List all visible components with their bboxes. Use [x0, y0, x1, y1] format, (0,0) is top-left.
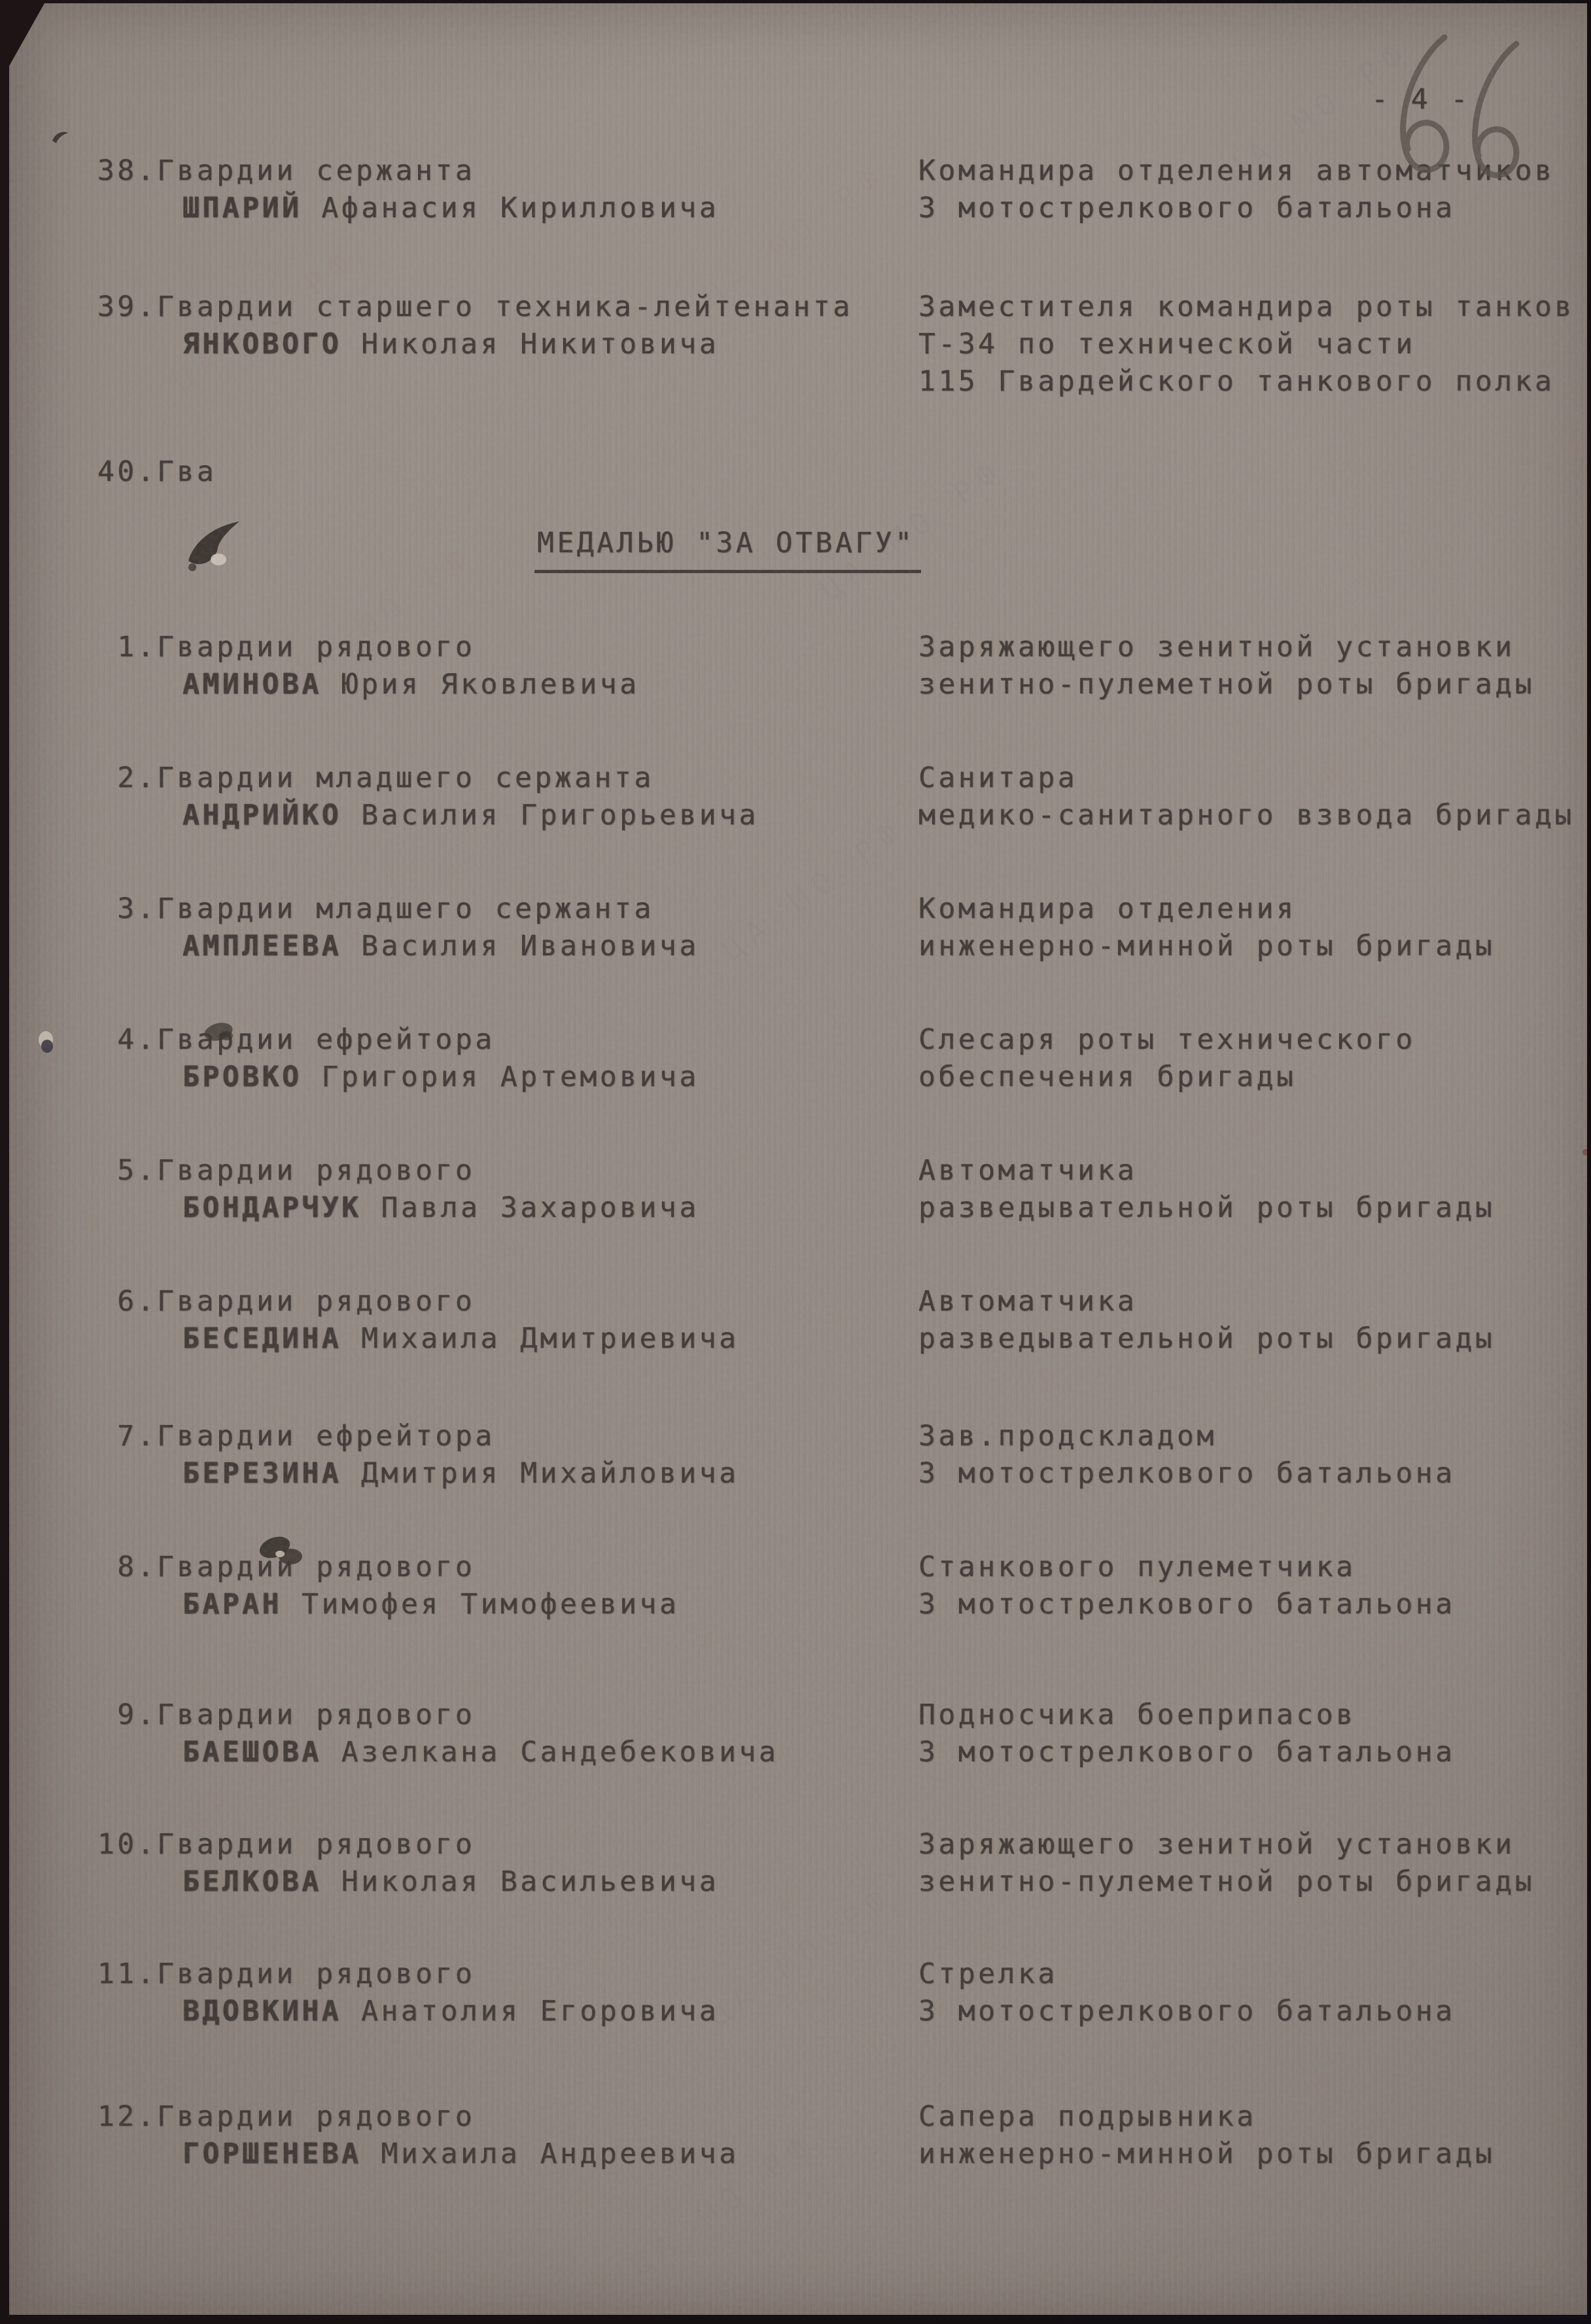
paper-speck [50, 128, 72, 147]
entry-rank-line: 2.Гвардии младшего сержанта [97, 760, 759, 797]
entry-rank: Гвардии рядового [157, 1154, 475, 1187]
entry-duty-line: инженерно-минной роты бригады [918, 2136, 1495, 2173]
entry-rank-line: 40.Гва [97, 453, 217, 491]
entry-given-name: Анатолия Егоровича [361, 1995, 719, 2028]
entry-rank-line: 4.Гвардии ефрейтора [97, 1021, 699, 1059]
entry-rank: Гвардии рядового [157, 631, 475, 663]
entry-number: 5. [97, 1152, 157, 1189]
entry-surname: АМПЛЕЕВА [183, 930, 341, 962]
entry-name: ЯНКОВОГОНиколая Никитовича [97, 326, 853, 363]
entry-name: БРОВКОГригория Артемовича [97, 1059, 699, 1096]
entry-surname: БОНДАРЧУК [183, 1191, 362, 1224]
entry-duty: Санитарамедико-санитарного взвода бригад… [918, 760, 1575, 834]
entry-duty-line: 3 мотострелкового батальона [918, 1734, 1455, 1771]
entry-given-name: Николая Васильевича [341, 1865, 719, 1898]
paper: ЦА МО РФЦА МО РФЦА МО РФЦА МО РФЦА МО РФ… [9, 3, 1587, 2315]
entry-rank-line: 10.Гвардии рядового [97, 1826, 719, 1863]
entry-surname: БЕСЕДИНА [183, 1322, 341, 1355]
entry-rank-line: 8.Гвардии рядового [97, 1549, 679, 1586]
entry-rank-line: 3.Гвардии младшего сержанта [97, 890, 699, 928]
entry-rank-line: 39.Гвардии старшего техника-лейтенанта [97, 289, 853, 326]
entry-given-name: Николая Никитовича [361, 328, 719, 361]
entry-given-name: Павла Захаровича [381, 1191, 699, 1224]
entry-duty: Слесаря роты техническогообеспечения бри… [918, 1021, 1416, 1096]
entry-rank: Гвардии старшего техника-лейтенанта [157, 290, 853, 323]
entry-duty-line: 3 мотострелкового батальона [918, 190, 1554, 227]
entry-duty-line: Автоматчика [918, 1152, 1495, 1189]
entry-duty-line: Заряжающего зенитной установки [918, 629, 1535, 666]
entry-number: 4. [97, 1021, 157, 1059]
entry-rank: Гвардии рядового [157, 1958, 475, 1990]
entry-rank-line: 5.Гвардии рядового [97, 1152, 699, 1189]
entry-rank: Гвардии рядового [157, 2100, 475, 2133]
entry-surname: БЕЛКОВА [183, 1865, 322, 1898]
entry-surname: БЕРЕЗИНА [183, 1457, 341, 1490]
red-speck [1581, 1147, 1591, 1157]
entry-surname: ШПАРИЙ [183, 192, 302, 224]
entry-rank-line: 6.Гвардии рядового [97, 1283, 739, 1320]
entry-rank: Гвардии младшего сержанта [157, 762, 654, 794]
entry-number: 39. [97, 289, 157, 326]
entry-duty-line: инженерно-минной роты бригады [918, 928, 1495, 965]
entry-rank: Гва [157, 455, 217, 488]
entry-duty: Заместителя командира роты танковТ-34 по… [918, 289, 1575, 400]
entry-duty-line: разведывательной роты бригады [918, 1189, 1495, 1227]
entry-given-name: Григория Артемовича [321, 1061, 699, 1093]
entry-given-name: Михаила Дмитриевича [361, 1322, 739, 1355]
entry-duty-line: Т-34 по технической части [918, 326, 1575, 363]
entry-given-name: Тимофея Тимофеевича [302, 1588, 679, 1621]
entry-number: 9. [97, 1697, 157, 1734]
entry-number: 38. [97, 152, 157, 190]
entry-name: БАЕШОВААзелкана Сандебековича [97, 1734, 778, 1771]
entry-rank-line: 7.Гвардии ефрейтора [97, 1418, 739, 1455]
entry-given-name: Михаила Андреевича [381, 2138, 739, 2170]
entry-name: ВДОВКИНААнатолия Егоровича [97, 1993, 719, 2030]
ink-blot [253, 1528, 313, 1581]
entry-duty-line: Автоматчика [918, 1283, 1495, 1320]
entry-surname: БАРАН [183, 1588, 282, 1621]
entry-surname: ГОРШЕНЕВА [183, 2138, 362, 2170]
entry-name: БОНДАРЧУКПавла Захаровича [97, 1189, 699, 1227]
section-heading-wrap: МЕДАЛЬЮ "ЗА ОТВАГУ" [534, 527, 921, 573]
handwritten-page-number [1382, 33, 1545, 190]
entry-given-name: Василия Григорьевича [361, 799, 759, 832]
entry-number: 1. [97, 629, 157, 666]
entry-rank: Гвардии рядового [157, 1699, 475, 1731]
entry-rank: Гвардии ефрейтора [157, 1420, 495, 1452]
entry-duty: Автоматчикаразведывательной роты бригады [918, 1283, 1495, 1358]
entry-duty-line: медико-санитарного взвода бригады [918, 797, 1575, 834]
entry-rank-line: 12.Гвардии рядового [97, 2098, 739, 2136]
entry-rank: Гвардии рядового [157, 1828, 475, 1861]
entry-rank-line: 11.Гвардии рядового [97, 1956, 719, 1993]
entry-given-name: Юрия Яковлевича [341, 668, 640, 701]
entry-given-name: Дмитрия Михайловича [361, 1457, 739, 1490]
entry-duty-line: 3 мотострелкового батальона [918, 1586, 1455, 1623]
entry-name: БЕЛКОВАНиколая Васильевича [97, 1863, 719, 1901]
entry-duty: Зав.продскладом3 мотострелкового батальо… [918, 1418, 1455, 1492]
entry-name: АМИНОВАЮрия Яковлевича [97, 666, 640, 703]
photo-frame: ЦА МО РФЦА МО РФЦА МО РФЦА МО РФЦА МО РФ… [0, 0, 1591, 2324]
entry-surname: ВДОВКИНА [183, 1995, 341, 2028]
entry-number: 2. [97, 760, 157, 797]
entry-duty-line: обеспечения бригады [918, 1059, 1416, 1096]
entry-name: БЕРЕЗИНАДмитрия Михайловича [97, 1455, 739, 1492]
ink-blot [181, 515, 249, 578]
entry-duty-line: Командира отделения [918, 890, 1495, 928]
entry-number: 8. [97, 1549, 157, 1586]
entry-duty: Станкового пулеметчика3 мотострелкового … [918, 1549, 1455, 1623]
entry-duty-line: зенитно-пулеметной роты бригады [918, 1863, 1535, 1901]
entry-duty-line: Заместителя командира роты танков [918, 289, 1575, 326]
entry-duty-line: Санитара [918, 760, 1575, 797]
entry-name: БЕСЕДИНАМихаила Дмитриевича [97, 1320, 739, 1358]
punch-hole [34, 1029, 60, 1059]
entry-duty-line: Заряжающего зенитной установки [918, 1826, 1535, 1863]
entry-duty: Заряжающего зенитной установкизенитно-пу… [918, 629, 1535, 703]
entry-name: АНДРИЙКОВасилия Григорьевича [97, 797, 759, 834]
entry-surname: АНДРИЙКО [183, 799, 341, 832]
entry-given-name: Василия Ивановича [361, 930, 699, 962]
entry-rank: Гвардии рядового [157, 1551, 475, 1583]
entry-duty-line: 3 мотострелкового батальона [918, 1993, 1455, 2030]
entry-duty-line: Слесаря роты технического [918, 1021, 1416, 1059]
entry-surname: АМИНОВА [183, 668, 322, 701]
section-heading: МЕДАЛЬЮ "ЗА ОТВАГУ" [534, 527, 921, 573]
entry-given-name: Афанасия Кирилловича [321, 192, 719, 224]
entry-rank: Гвардии рядового [157, 1285, 475, 1318]
entry-name: БАРАНТимофея Тимофеевича [97, 1586, 679, 1623]
entry-number: 12. [97, 2098, 157, 2136]
entry-duty-line: Зав.продскладом [918, 1418, 1455, 1455]
entry-duty-line: Станкового пулеметчика [918, 1549, 1455, 1586]
entry-given-name: Азелкана Сандебековича [341, 1736, 779, 1769]
entry-number: 7. [97, 1418, 157, 1455]
entry-duty-line: Подносчика боеприпасов [918, 1697, 1455, 1734]
entry-number: 3. [97, 890, 157, 928]
entry-duty: Подносчика боеприпасов3 мотострелкового … [918, 1697, 1455, 1771]
entry-rank: Гвардии младшего сержанта [157, 892, 654, 925]
entry-surname: ЯНКОВОГО [183, 328, 341, 361]
entry-number: 6. [97, 1283, 157, 1320]
entry-duty: Командира отделенияинженерно-минной роты… [918, 890, 1495, 965]
entry-duty: Автоматчикаразведывательной роты бригады [918, 1152, 1495, 1227]
entry-surname: БАЕШОВА [183, 1736, 322, 1769]
ink-smudge [200, 1016, 239, 1049]
entry-number: 10. [97, 1826, 157, 1863]
entry-duty-line: разведывательной роты бригады [918, 1320, 1495, 1358]
entry-duty: Заряжающего зенитной установкизенитно-пу… [918, 1826, 1535, 1901]
entry-duty: Сапера подрывникаинженерно-минной роты б… [918, 2098, 1495, 2173]
entry-rank: Гвардии сержанта [157, 154, 475, 187]
entry-surname: БРОВКО [183, 1061, 302, 1093]
entry-duty-line: 3 мотострелкового батальона [918, 1455, 1455, 1492]
entry-duty-line: зенитно-пулеметной роты бригады [918, 666, 1535, 703]
entry-number: 11. [97, 1956, 157, 1993]
entry-duty-line: Сапера подрывника [918, 2098, 1495, 2136]
entry-duty: Стрелка3 мотострелкового батальона [918, 1956, 1455, 2030]
entry-rank-line: 1.Гвардии рядового [97, 629, 640, 666]
entry-name: ШПАРИЙАфанасия Кирилловича [97, 190, 719, 227]
entry-number: 40. [97, 453, 157, 491]
entry-duty-line: Стрелка [918, 1956, 1455, 1993]
entry-name: ГОРШЕНЕВАМихаила Андреевича [97, 2136, 739, 2173]
entry-duty-line: 115 Гвардейского танкового полка [918, 363, 1575, 400]
entry-rank-line: 9.Гвардии рядового [97, 1697, 778, 1734]
entry-rank-line: 38.Гвардии сержанта [97, 152, 719, 190]
entry-name: АМПЛЕЕВАВасилия Ивановича [97, 928, 699, 965]
